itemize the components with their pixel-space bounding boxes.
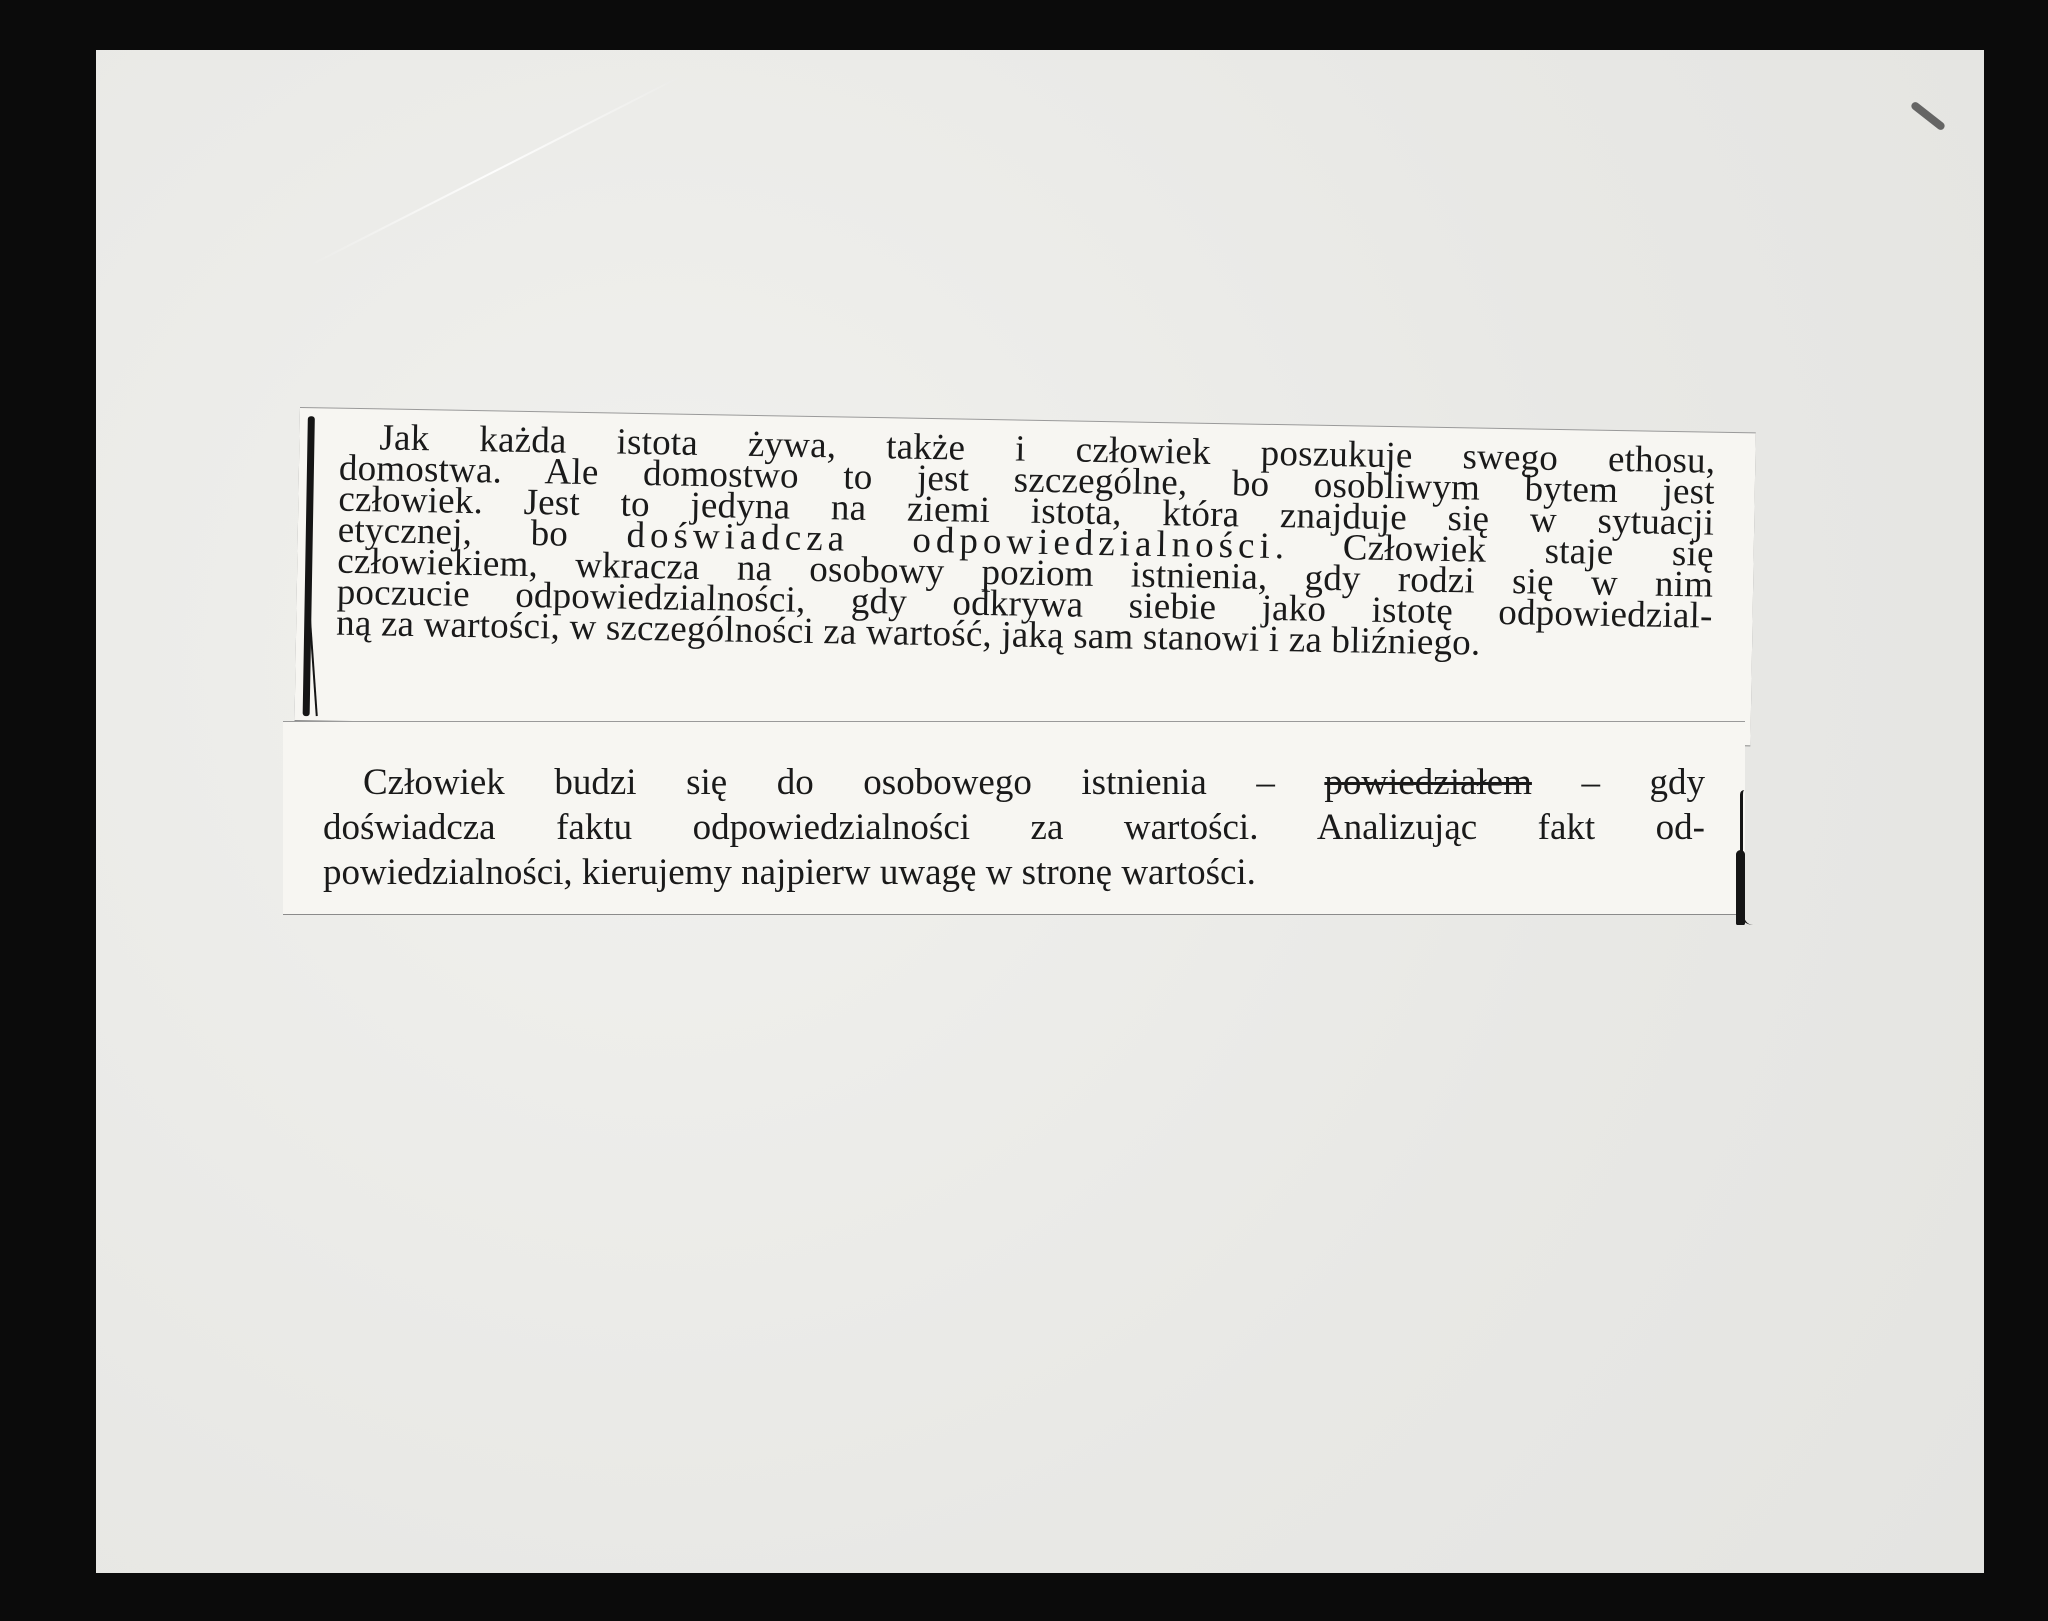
text-span: – gdy	[1532, 762, 1705, 803]
text-span: Człowiek budzi się do osobowego istnieni…	[363, 762, 1324, 803]
text-line: Człowiek budzi się do osobowego istnieni…	[363, 764, 1705, 801]
text-line: doświadcza faktu odpowiedzialności za wa…	[323, 809, 1705, 846]
paper-crease	[308, 75, 683, 267]
text-line: powiedzialności, kierujemy najpierw uwag…	[323, 854, 1705, 891]
struck-word: powiedziałem	[1324, 762, 1532, 803]
margin-marker-fill	[1736, 850, 1745, 925]
clipping-1: Jak każda istota żywa, także i człowiek …	[295, 408, 1756, 745]
ink-smudge	[1910, 101, 1946, 132]
clipping-2: Człowiek budzi się do osobowego istnieni…	[283, 722, 1745, 914]
